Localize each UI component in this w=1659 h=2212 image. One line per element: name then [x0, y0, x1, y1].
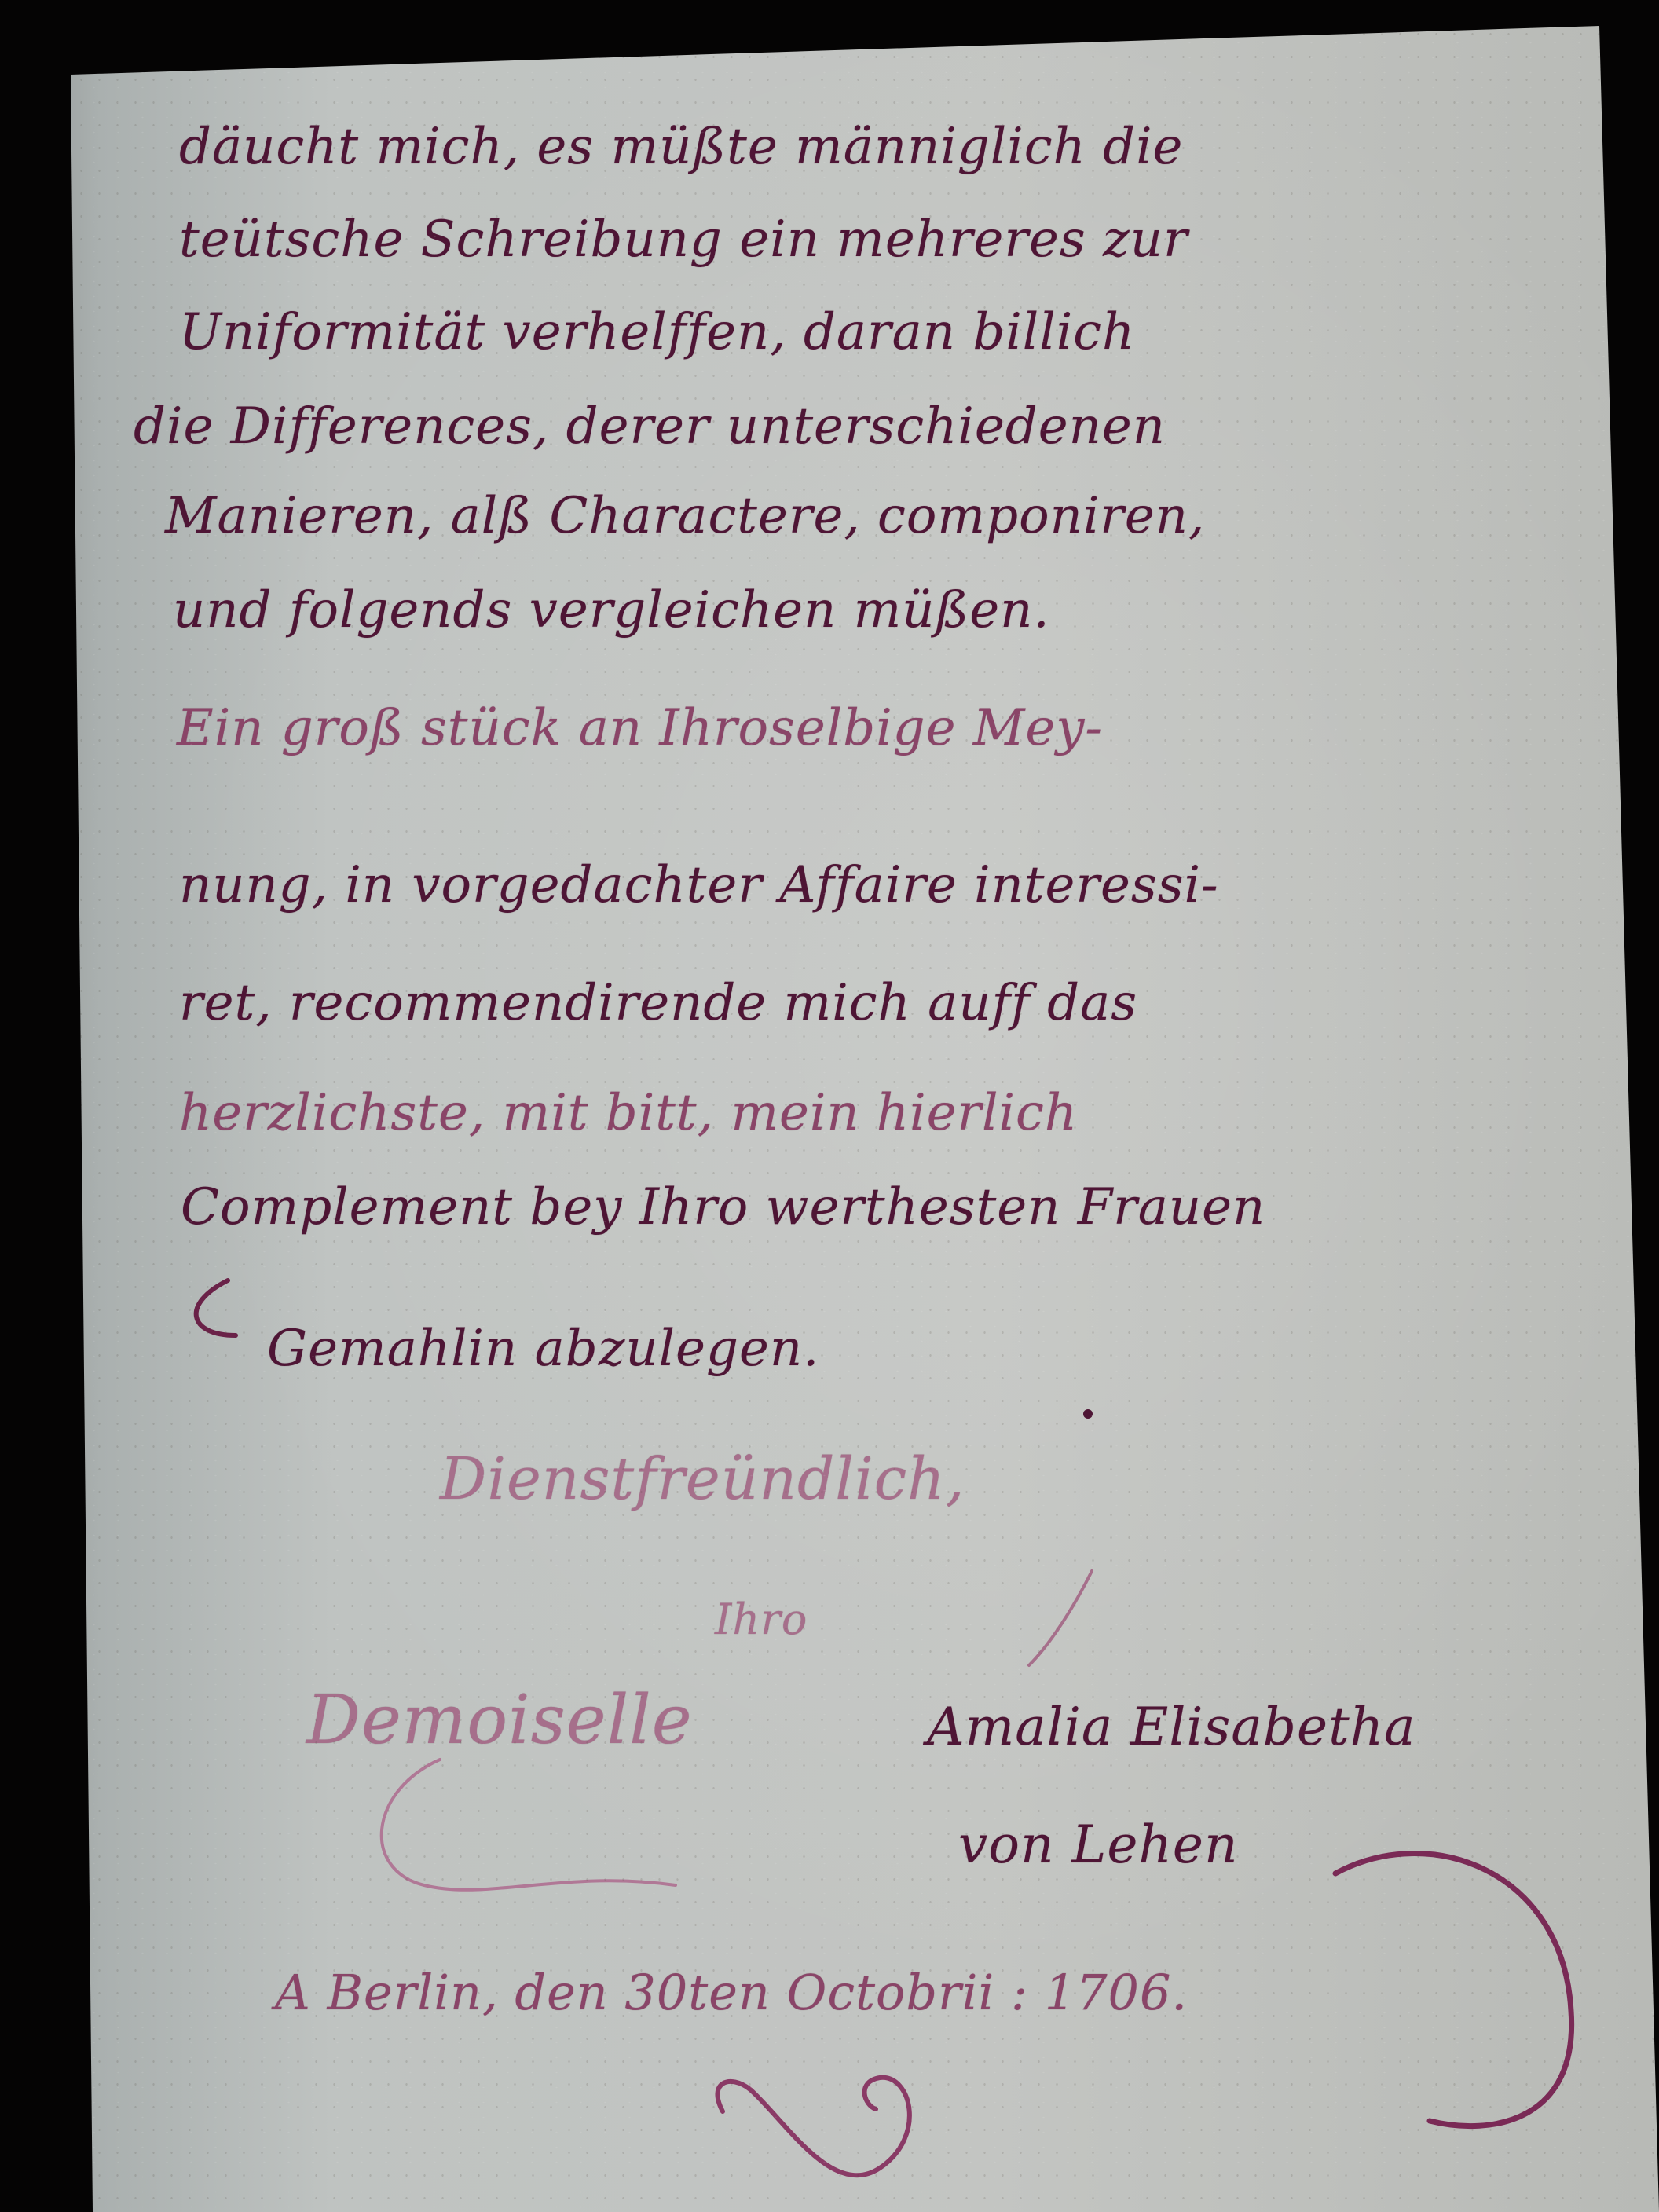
letter-page: däucht mich, es müßte männiglich die teü… [0, 0, 1659, 2212]
body-line-1: däucht mich, es müßte männiglich die [179, 118, 1183, 176]
body-line-6: und folgends vergleichen müßen. [173, 581, 1050, 639]
body-line-5: Manieren, alß Charactere, componiren, [165, 487, 1205, 545]
body-line-11: Complement bey Ihro werthesten Frauen [181, 1178, 1265, 1236]
body-line-12: Gemahlin abzulegen. [267, 1320, 819, 1378]
body-line-4: die Differences, derer unterschiedenen [134, 397, 1166, 456]
valediction: Dienstfreündlich, [440, 1445, 965, 1513]
dateline: A Berlin, den 30ten Octobrii : 1706. [275, 1964, 1188, 2021]
closing-ihro: Ihro [715, 1595, 808, 1644]
signature-first-name: Amalia Elisabetha [927, 1697, 1415, 1757]
body-line-10: herzlichste, mit bitt, mein hierlich [179, 1084, 1078, 1142]
body-line-3: Uniformität verhelffen, daran billich [179, 303, 1135, 361]
body-line-9: ret, recommendirende mich auff das [179, 974, 1137, 1032]
ink-flourish-decorations [0, 0, 1659, 2212]
body-line-2: teütsche Schreibung ein mehreres zur [179, 211, 1188, 269]
closing-title: Demoiselle [306, 1681, 693, 1760]
signature-last-name: von Lehen [958, 1815, 1238, 1875]
body-line-7: Ein groß stück an Ihroselbige Mey- [177, 699, 1103, 757]
body-line-8: nung, in vorgedachter Affaire interessi- [179, 856, 1219, 914]
